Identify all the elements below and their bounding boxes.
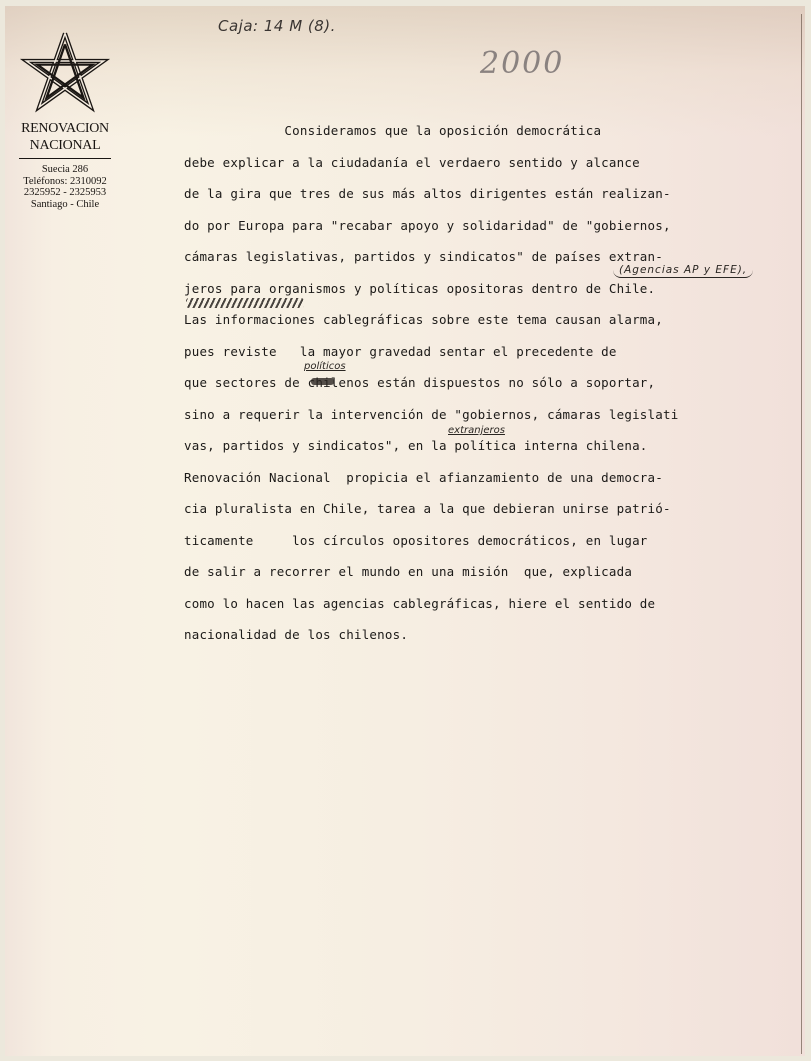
city: Santiago - Chile — [15, 199, 115, 211]
body-line: nacionalidad de los chilenos. — [184, 625, 804, 657]
body-line: de la gira que tres de sus más altos dir… — [184, 184, 804, 216]
org-name-line2: NACIONAL — [15, 139, 115, 152]
letterhead: RENOVACION NACIONAL Suecia 286 Teléfonos… — [15, 26, 115, 210]
letterhead-divider — [19, 158, 111, 159]
letter-body: Consideramos que la oposición democrátic… — [184, 121, 804, 657]
handwritten-insert-extranjeros: extranjeros — [448, 425, 505, 436]
body-line: ticamente los círculos opositores democr… — [184, 531, 804, 563]
body-line: debe explicar a la ciudadanía el verdaer… — [184, 153, 804, 185]
body-line: que sectores de chilenos están dispuesto… — [184, 373, 804, 405]
handwritten-insert-politicos: políticos — [304, 361, 346, 372]
address: Suecia 286 — [15, 164, 115, 176]
phones-line2: 2325952 - 2325953 — [15, 187, 115, 199]
body-line: Las informaciones cablegráficas sobre es… — [184, 310, 804, 342]
body-line: Consideramos que la oposición democrátic… — [184, 121, 804, 153]
star-logo-icon — [19, 26, 111, 118]
body-line: de salir a recorrer el mundo en una misi… — [184, 562, 804, 594]
crossed-out-text — [186, 298, 304, 308]
body-line: cia pluralista en Chile, tarea a la que … — [184, 499, 804, 531]
body-line: Renovación Nacional propicia el afianzam… — [184, 468, 804, 500]
body-line: do por Europa para "recabar apoyo y soli… — [184, 216, 804, 248]
phones-line1: Teléfonos: 2310092 — [15, 176, 115, 188]
body-line: vas, partidos y sindicatos", en la polít… — [184, 436, 804, 468]
struck-word — [311, 378, 334, 385]
body-line: como lo hacen las agencias cablegráficas… — [184, 594, 804, 626]
archive-reference: Caja: 14 M (8). — [218, 17, 336, 35]
org-name-line1: RENOVACION — [15, 122, 115, 135]
handwritten-insert-agencias: (Agencias AP y EFE), — [613, 264, 753, 278]
pencil-year: 2000 — [480, 46, 564, 81]
body-line: pues reviste la mayor gravedad sentar el… — [184, 342, 804, 374]
